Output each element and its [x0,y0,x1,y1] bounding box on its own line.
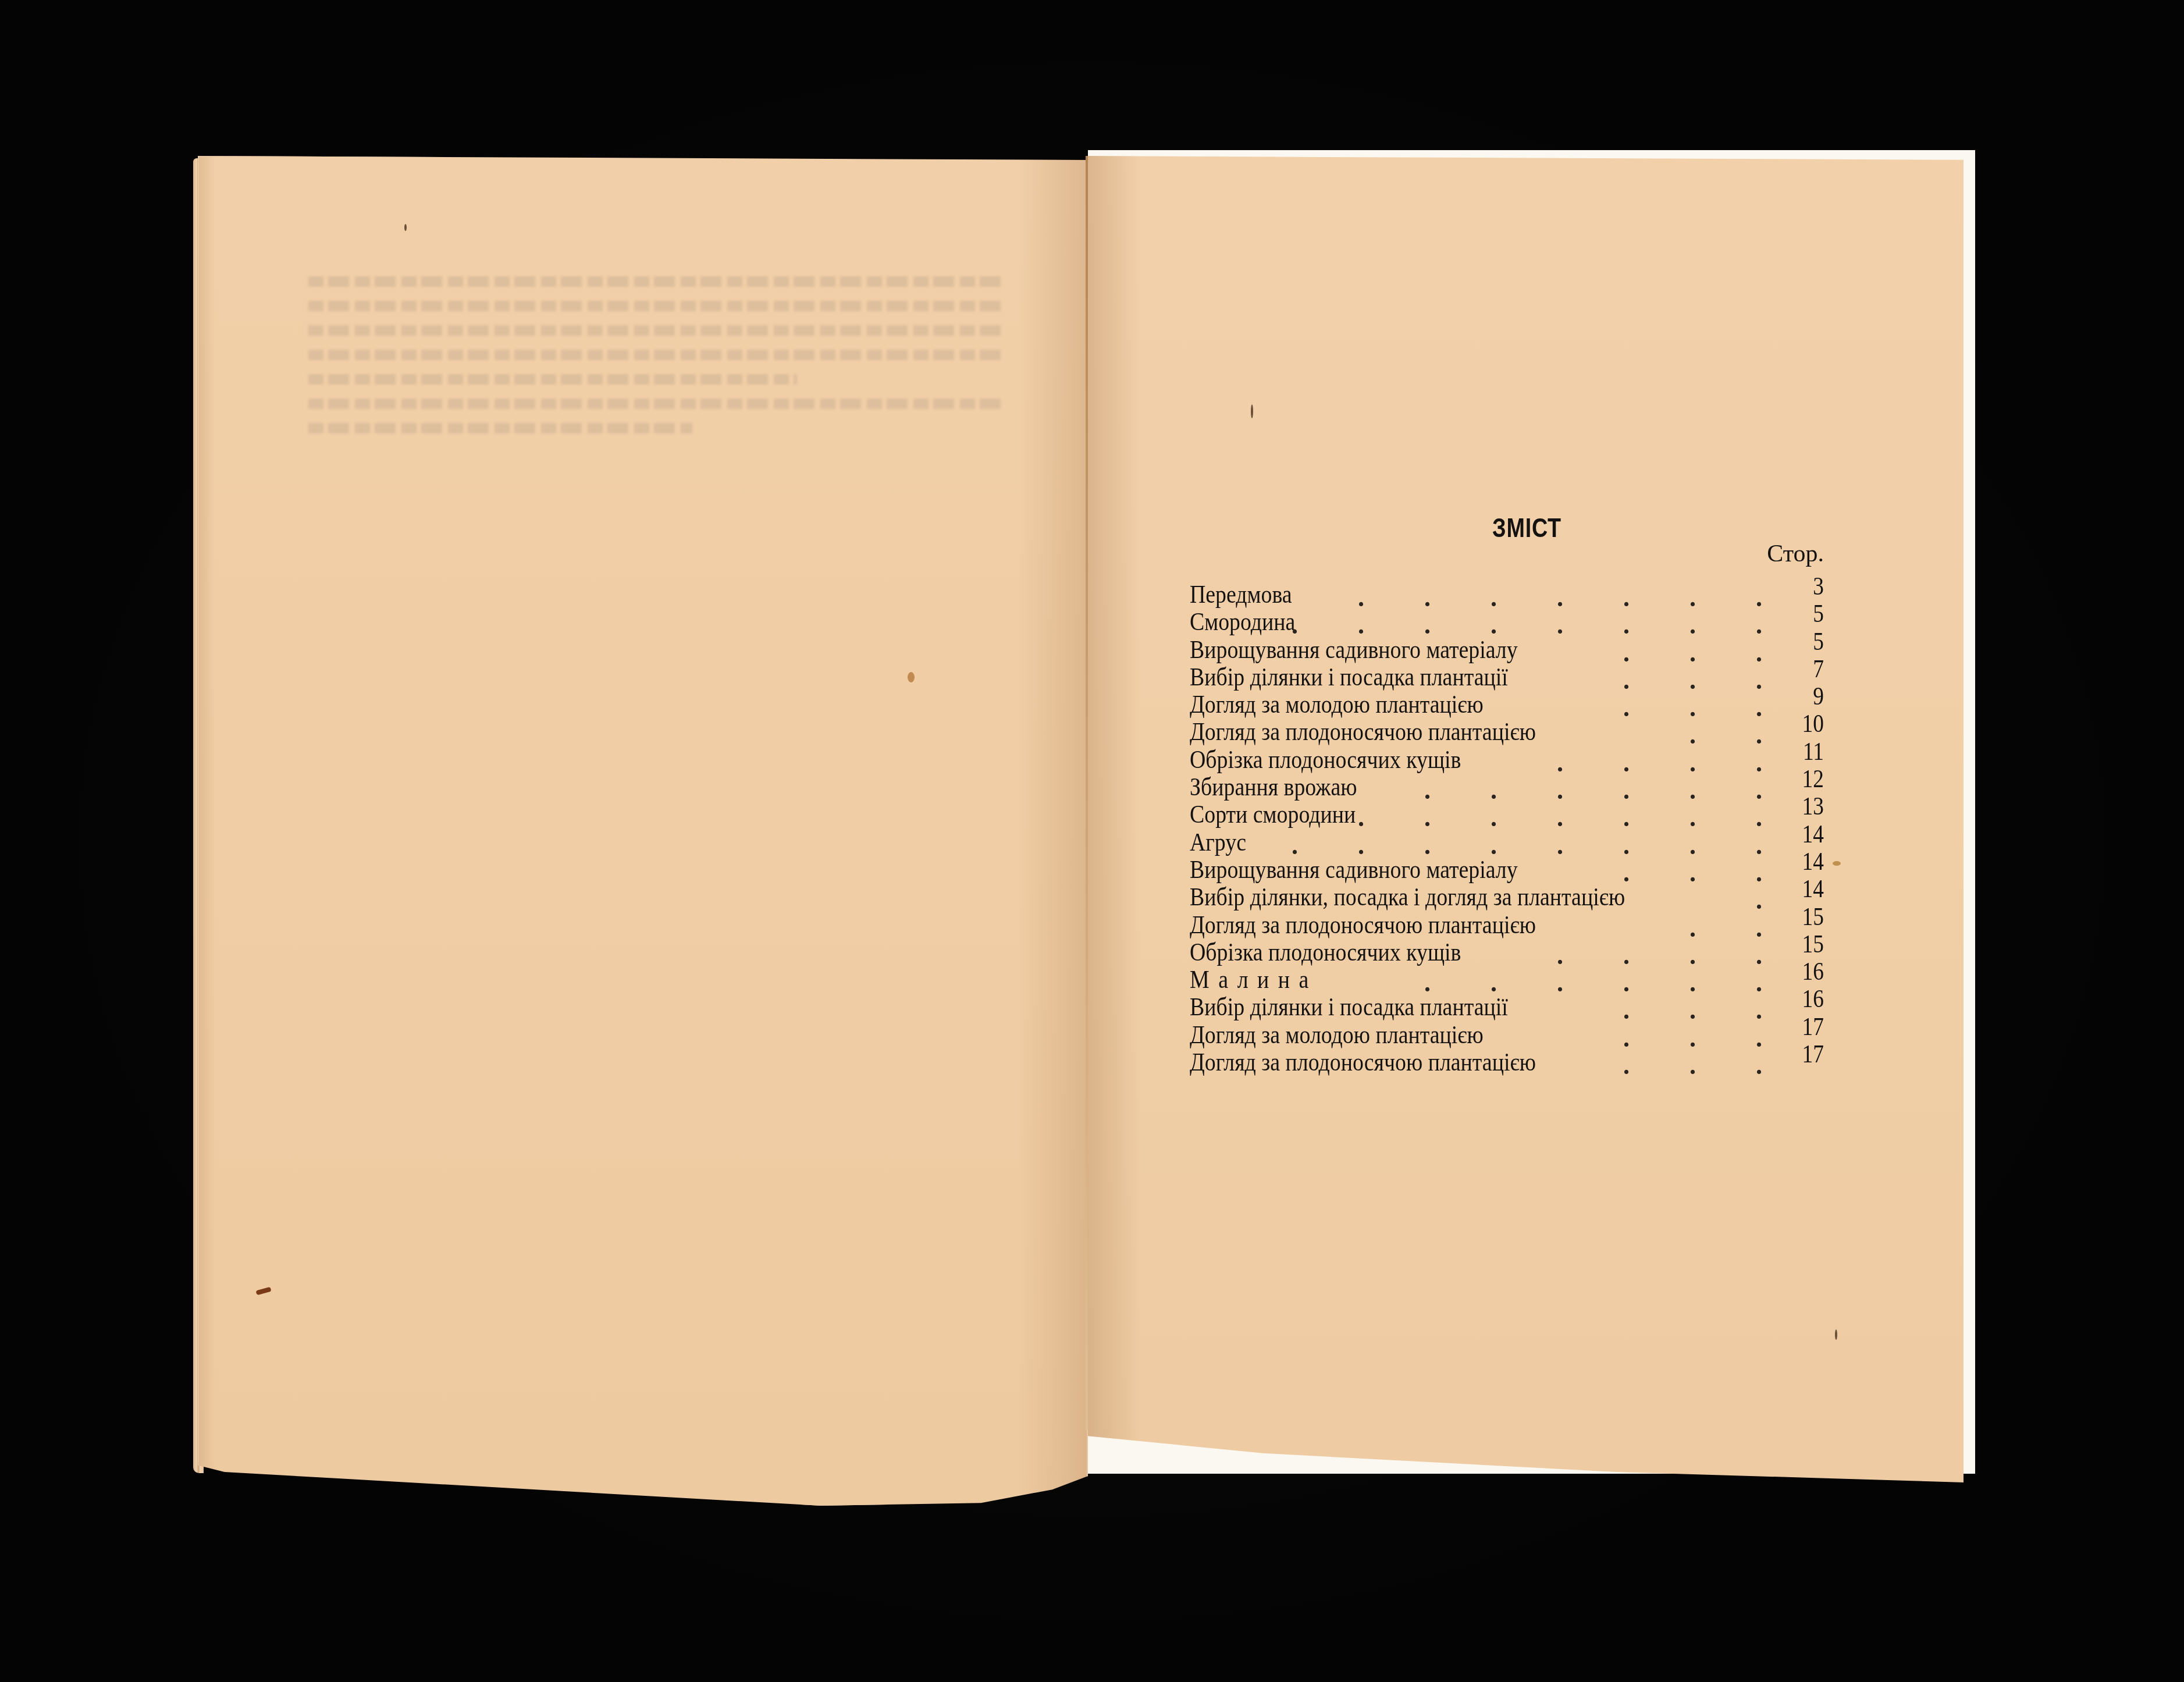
paper-speck [1835,1329,1837,1340]
toc-entry[interactable]: Обрізка плодоносячих кущів . . . . 15 [1190,938,1830,966]
paper-speck [1251,404,1253,418]
toc-entry-page[interactable]: 16 [1794,985,1824,1012]
toc-entry-page[interactable]: 15 [1794,930,1824,958]
paper-speck [908,672,915,682]
toc-entry-label[interactable]: Передмова [1190,581,1292,608]
toc-entry-label[interactable]: Смородина [1190,608,1295,635]
toc-leader-dots: . . . . . . [1424,777,1789,804]
toc-entry-page[interactable]: 14 [1794,848,1824,875]
left-page-bleed-through [308,276,1006,486]
toc-entry[interactable]: Догляд за молодою плантацією . . . 9 [1190,691,1830,718]
toc-entry-label[interactable]: Обрізка плодоносячих кущів [1190,938,1461,966]
toc-leader-dots: . . . [1623,1025,1789,1052]
toc-leader-dots: . . . . . . . [1358,804,1789,831]
toc-title: ЗМІСТ [1492,512,1561,543]
toc-entry-label[interactable]: Догляд за молодою плантацією [1190,691,1484,718]
bleed-line [308,301,1006,311]
bleed-line [308,374,797,385]
toc-entry-label[interactable]: Догляд за плодоносячою плантацією [1190,911,1536,938]
toc-entry-page[interactable]: 17 [1794,1013,1824,1040]
toc-leader-dots: . . [1689,721,1789,749]
book-spine [1086,156,1088,1430]
toc-entry-label[interactable]: Догляд за плодоносячою плантацією [1190,1048,1536,1076]
bleed-line [308,325,1006,336]
toc-entry[interactable]: Вирощування садивного матеріалу . . . 5 [1190,636,1830,663]
toc-entry[interactable]: Вибір ділянки і посадка плантації . . . … [1190,663,1830,691]
paper-speck [404,224,407,231]
toc-entry[interactable]: Вибір ділянки і посадка плантації . . . … [1190,993,1830,1020]
toc-entry-label[interactable]: Вирощування садивного матеріалу [1190,636,1518,663]
toc-leader-dots: . . . [1623,1052,1789,1079]
toc-leader-dots: . . . . [1557,942,1789,969]
toc-entry[interactable]: Догляд за плодоносячою плантацією . . 15 [1190,911,1830,938]
toc-leader-dots: . . . [1623,694,1789,721]
toc-entry[interactable]: Агрус . . . . . . . . 14 [1190,828,1830,856]
toc-entry[interactable]: Догляд за плодоносячою плантацією . . 10 [1190,718,1830,745]
toc-entry-page[interactable]: 11 [1794,738,1824,765]
toc-entry-page[interactable]: 13 [1794,792,1824,820]
toc-entry[interactable]: Малина . . . . . . 16 [1190,966,1830,993]
bleed-line [308,423,692,433]
toc-entry-page[interactable]: 9 [1794,682,1824,710]
bleed-line [308,350,1006,360]
toc-entry-page[interactable]: 5 [1794,628,1824,655]
toc-leader-dots: . . . . [1557,749,1789,777]
toc-entry-page[interactable]: 3 [1794,572,1824,600]
paper-speck [1833,861,1841,866]
bleed-line [308,399,1006,409]
toc-entry[interactable]: Смородина . . . . . . . . 5 [1190,608,1830,635]
toc-leader-dots: . . [1689,915,1789,942]
toc-leader-dots: . . . [1623,667,1789,694]
toc-entry[interactable]: Вибір ділянки, посадка і догляд за плант… [1190,883,1830,911]
toc-entry-page[interactable]: 10 [1794,710,1824,737]
bleed-line [308,276,1006,287]
toc-leader-dots: . . . [1623,997,1789,1024]
toc-entry[interactable]: Догляд за молодою плантацією . . . 17 [1190,1021,1830,1048]
toc-entry[interactable]: Сорти смородини . . . . . . . 13 [1190,801,1830,828]
toc-entry-label[interactable]: Обрізка плодоносячих кущів [1190,746,1461,773]
toc-entry-page[interactable]: 15 [1794,903,1824,930]
toc-entry-label[interactable]: Вирощування садивного матеріалу [1190,856,1518,883]
toc-entry[interactable]: Передмова . . . . . . . 3 [1190,581,1830,608]
toc-page-column-header: Стор. [1767,540,1824,568]
toc-entry-label[interactable]: Вибір ділянки, посадка і догляд за плант… [1190,883,1625,911]
toc-entry-label[interactable]: Сорти смородини [1190,801,1356,828]
toc-entry[interactable]: Збирання врожаю . . . . . . 12 [1190,773,1830,801]
toc-leader-dots: . . . . . . . [1358,584,1789,611]
toc-entry-page[interactable]: 12 [1794,765,1824,792]
toc-entry-label[interactable]: Догляд за плодоносячою плантацією [1190,718,1536,745]
toc-entry[interactable]: Обрізка плодоносячих кущів . . . . 11 [1190,746,1830,773]
toc-entry-page[interactable]: 14 [1794,875,1824,902]
toc-entry-label[interactable]: Вибір ділянки і посадка плантації [1190,993,1508,1020]
toc-entry[interactable]: Догляд за плодоносячою плантацією . . . … [1190,1048,1830,1076]
toc-leader-dots: . . . [1623,639,1789,667]
toc-entry-page[interactable]: 17 [1794,1040,1824,1068]
toc-entry-page[interactable]: 14 [1794,820,1824,848]
toc-entry-label[interactable]: Малина [1190,966,1318,993]
toc-entry-page[interactable]: 16 [1794,958,1824,985]
toc-entry-label[interactable]: Агрус [1190,828,1246,856]
toc-entry-label[interactable]: Вибір ділянки і посадка плантації [1190,663,1508,691]
toc-list: Передмова . . . . . . . 3 Смородина . . … [1190,581,1830,1076]
toc-entry[interactable]: Вирощування садивного матеріалу . . . 14 [1190,856,1830,883]
toc-entry-label[interactable]: Догляд за молодою плантацією [1190,1021,1484,1048]
toc-leader-dots: . . . [1623,859,1789,887]
toc-entry-label[interactable]: Збирання врожаю [1190,773,1357,801]
toc-entry-page[interactable]: 5 [1794,600,1824,627]
toc-entry-page[interactable]: 7 [1794,655,1824,682]
toc-leader-dots: . [1756,887,1789,914]
